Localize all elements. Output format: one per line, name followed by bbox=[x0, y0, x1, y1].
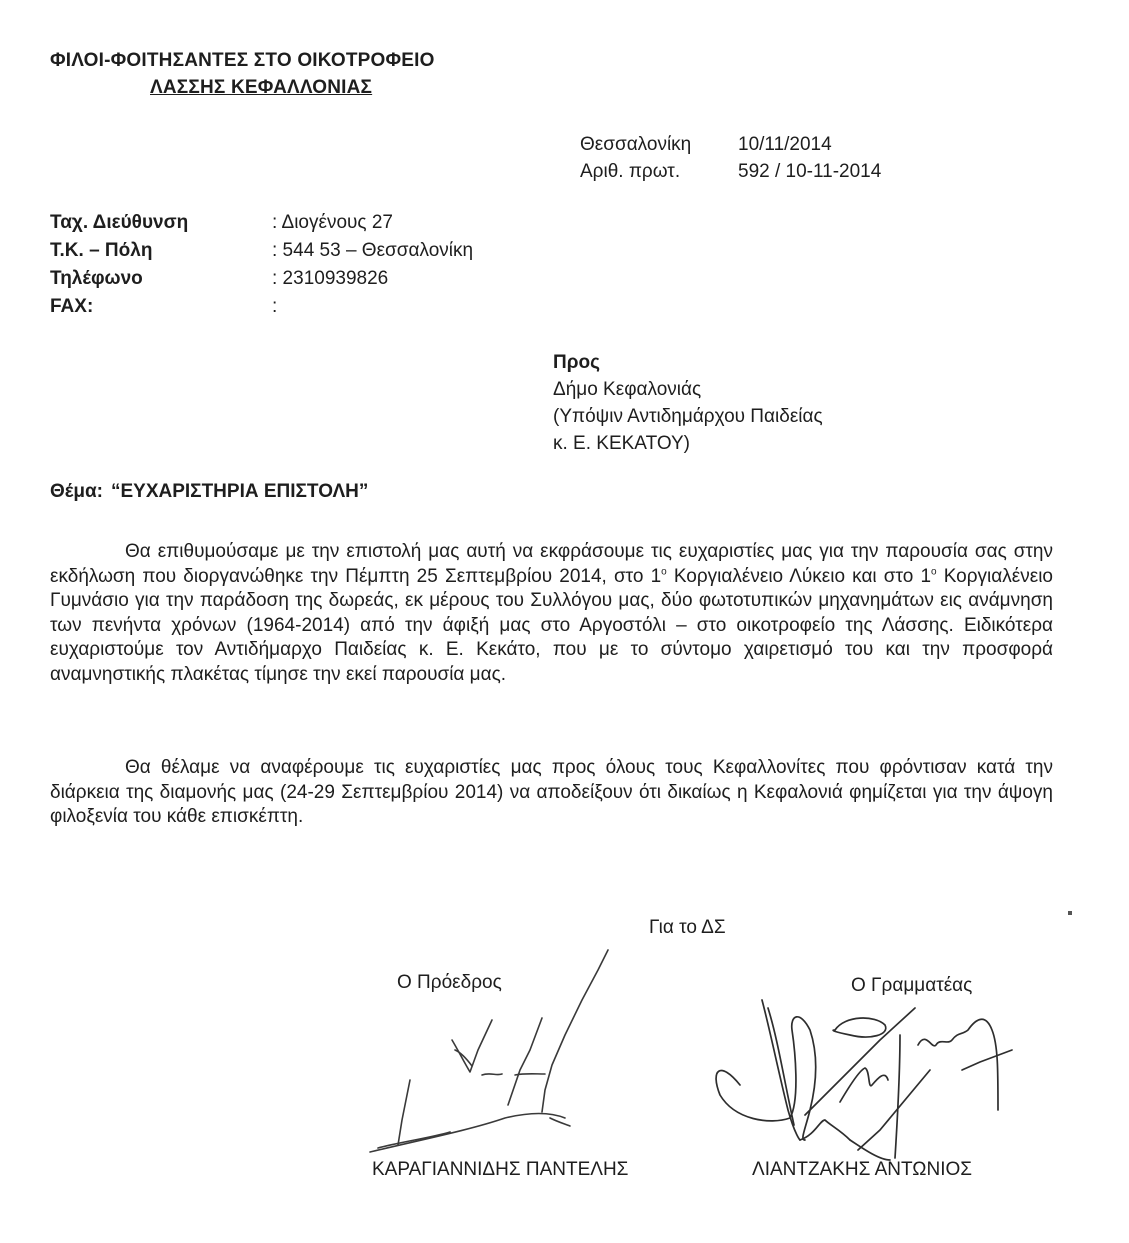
organization-location: ΛΑΣΣΗΣ ΚΕΦΑΛΛΟΝΙΑΣ bbox=[150, 77, 372, 99]
place-date: Θεσσαλονίκη10/11/2014 bbox=[580, 134, 832, 156]
protocol-value: 592 / 10-11-2014 bbox=[738, 161, 881, 182]
contact-address: Ταχ. Διεύθυνση: Διογένους 27 bbox=[50, 212, 393, 234]
contact-value: : Διογένους 27 bbox=[272, 212, 393, 233]
contact-label: Τ.Κ. – Πόλη bbox=[50, 240, 272, 262]
protocol-number: Αριθ. πρωτ.592 / 10-11-2014 bbox=[580, 161, 881, 183]
subject-label: Θέμα: bbox=[50, 481, 103, 502]
protocol-label: Αριθ. πρωτ. bbox=[580, 161, 738, 183]
secretary-signature-icon bbox=[700, 990, 1030, 1165]
text-run: Θα θέλαμε να αναφέρουμε τις ευχαριστίες … bbox=[50, 756, 1053, 830]
text-run: Κοργιαλένειο Λύκειο και στο 1 bbox=[667, 566, 931, 587]
subject-value: “ΕΥΧΑΡΙΣΤΗΡΙΑ ΕΠΙΣΤΟΛΗ” bbox=[111, 481, 368, 502]
body-paragraph-2: Θα θέλαμε να αναφέρουμε τις ευχαριστίες … bbox=[50, 756, 1053, 830]
place-label: Θεσσαλονίκη bbox=[580, 134, 738, 156]
contact-phone: Τηλέφωνο: 2310939826 bbox=[50, 268, 388, 290]
contact-value: : 2310939826 bbox=[272, 268, 388, 289]
subject-line: Θέμα:“ΕΥΧΑΡΙΣΤΗΡΙΑ ΕΠΙΣΤΟΛΗ” bbox=[50, 481, 368, 503]
recipient-to-label: Προς bbox=[553, 349, 823, 376]
scan-speck bbox=[1068, 911, 1072, 915]
contact-postcode-city: Τ.Κ. – Πόλη: 544 53 – Θεσσαλονίκη bbox=[50, 240, 473, 262]
contact-label: FAX: bbox=[50, 296, 272, 318]
body-paragraph-1: Θα επιθυμούσαμε με την επιστολή μας αυτή… bbox=[50, 540, 1053, 688]
for-board-label: Για το ΔΣ bbox=[649, 917, 726, 939]
president-signature-icon bbox=[360, 940, 660, 1160]
letter-date: 10/11/2014 bbox=[738, 134, 832, 155]
secretary-name: ΛΙΑΝΤΖΑΚΗΣ ΑΝΤΩΝΙΟΣ bbox=[752, 1159, 972, 1181]
organization-name: ΦΙΛΟΙ-ΦΟΙΤΗΣΑΝΤΕΣ ΣΤΟ ΟΙΚΟΤΡΟΦΕΙΟ bbox=[50, 50, 435, 72]
contact-fax: FAX:: bbox=[50, 296, 277, 318]
president-name: ΚΑΡΑΓΙΑΝΝΙΔΗΣ ΠΑΝΤΕΛΗΣ bbox=[372, 1159, 628, 1181]
contact-value: : 544 53 – Θεσσαλονίκη bbox=[272, 240, 473, 261]
contact-label: Ταχ. Διεύθυνση bbox=[50, 212, 272, 234]
recipient-line: (Υπόψιν Αντιδημάρχου Παιδείας bbox=[553, 403, 823, 430]
recipient-block: Προς Δήμο Κεφαλονιάς (Υπόψιν Αντιδημάρχο… bbox=[553, 349, 823, 457]
recipient-line: Δήμο Κεφαλονιάς bbox=[553, 376, 823, 403]
recipient-line: κ. Ε. ΚΕΚΑΤΟΥ) bbox=[553, 430, 823, 457]
contact-label: Τηλέφωνο bbox=[50, 268, 272, 290]
contact-value: : bbox=[272, 296, 277, 317]
